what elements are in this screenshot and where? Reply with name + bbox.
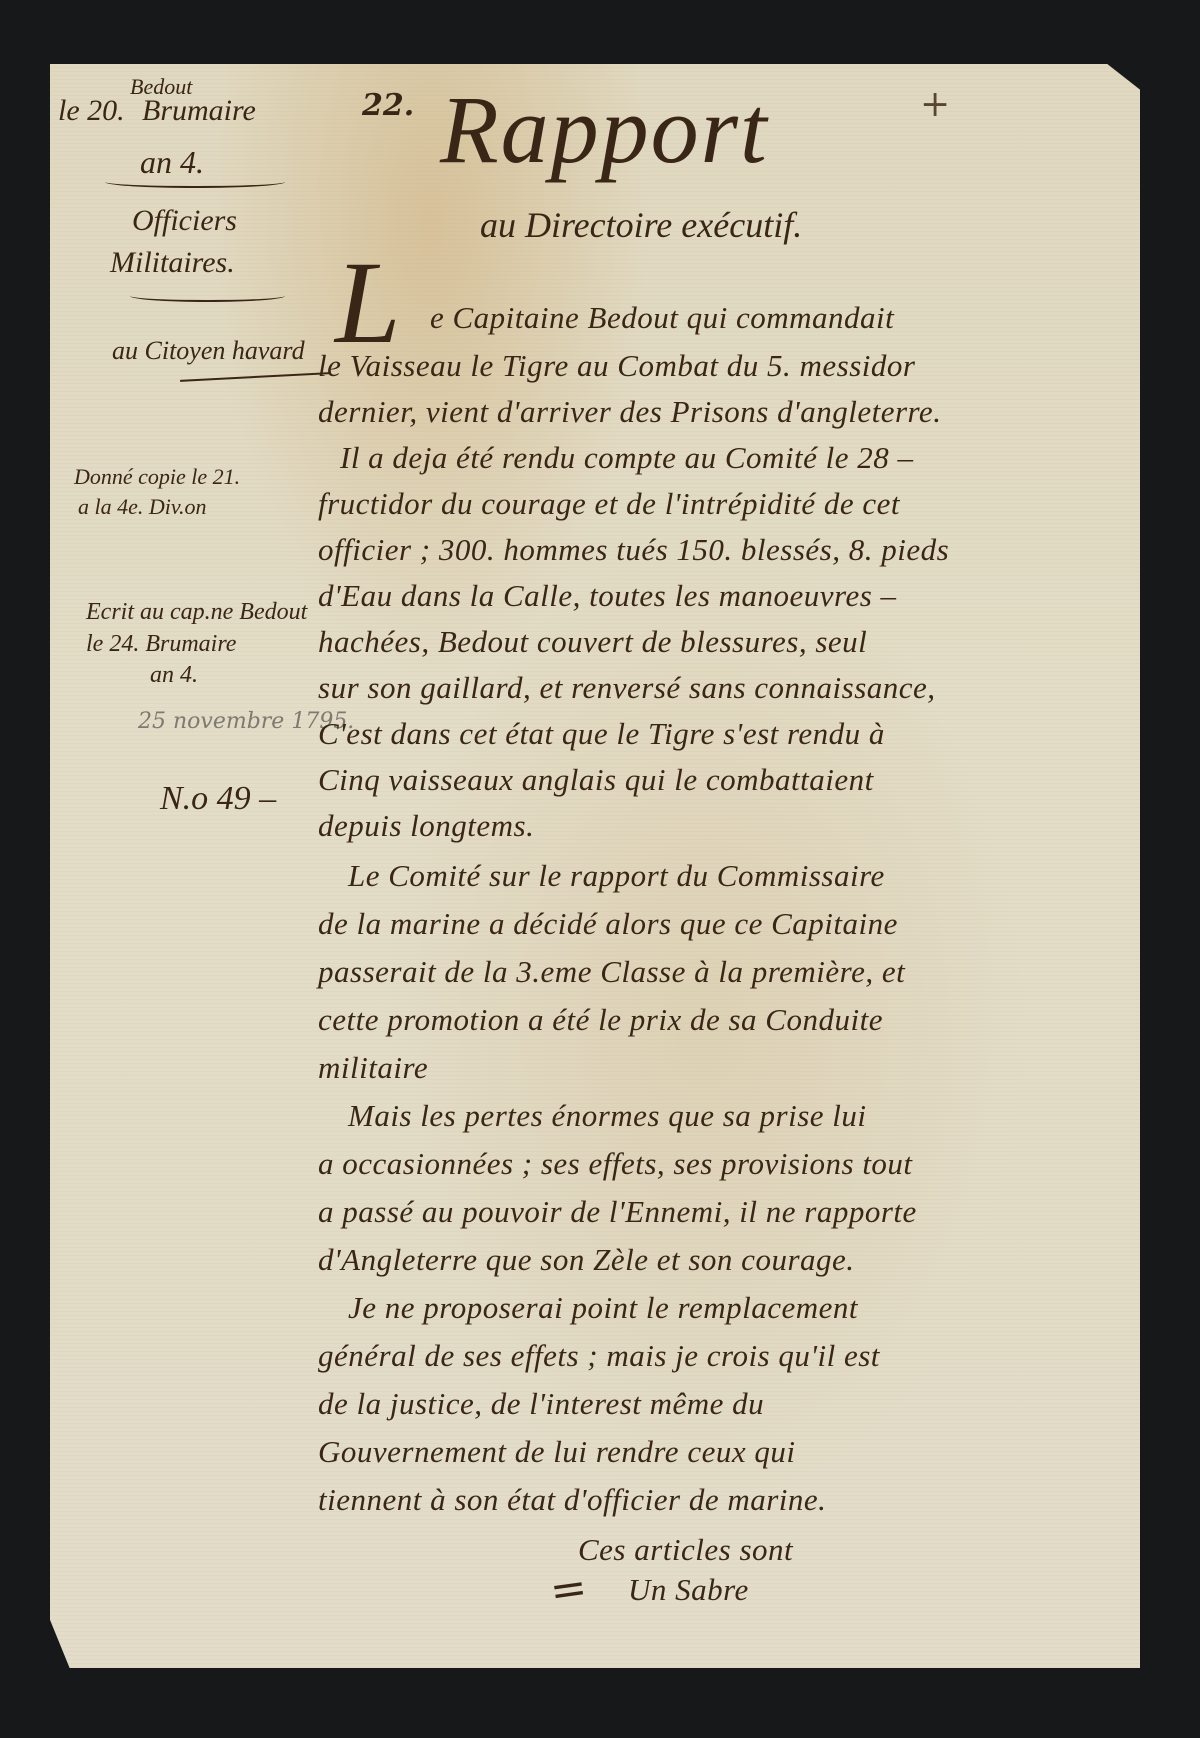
body-line: général de ses effets ; mais je crois qu… xyxy=(318,1338,880,1374)
body-line: d'Angleterre que son Zèle et son courage… xyxy=(318,1242,855,1278)
body-line: cette promotion a été le prix de sa Cond… xyxy=(318,1002,883,1038)
document-title: Rapport xyxy=(440,74,769,185)
body-line: dernier, vient d'arriver des Prisons d'a… xyxy=(318,394,941,430)
body-line: C'est dans cet état que le Tigre s'est r… xyxy=(318,716,885,752)
margin-note1-line1: Donné copie le 21. xyxy=(74,464,240,490)
body-line: tiennent à son état d'officier de marine… xyxy=(318,1482,826,1518)
body-line: Il a deja été rendu compte au Comité le … xyxy=(340,440,914,476)
body-line: Cinq vaisseaux anglais qui le combattaie… xyxy=(318,762,874,798)
margin-date-month: Brumaire xyxy=(142,94,256,128)
margin-note2-line1: Ecrit au cap.ne Bedout xyxy=(86,599,307,626)
body-line: Mais les pertes énormes que sa prise lui xyxy=(348,1098,867,1134)
list-item: Un Sabre xyxy=(628,1572,749,1608)
body-line: fructidor du courage et de l'intrépidité… xyxy=(318,486,900,522)
body-line: Gouvernement de lui rendre ceux qui xyxy=(318,1434,795,1470)
document-subtitle: au Directoire exécutif. xyxy=(480,204,802,246)
body-line: officier ; 300. hommes tués 150. blessés… xyxy=(318,532,949,568)
body-line: depuis longtems. xyxy=(318,808,534,844)
body-line: de la justice, de l'interest même du xyxy=(318,1386,764,1422)
margin-category-line2: Militaires. xyxy=(110,246,235,280)
body-line: a occasionnées ; ses effets, ses provisi… xyxy=(318,1146,913,1182)
closing-heading: Ces articles sont xyxy=(578,1532,793,1568)
margin-note2-line3: an 4. xyxy=(150,662,198,689)
body-line: le Vaisseau le Tigre au Combat du 5. mes… xyxy=(318,348,915,384)
margin-category-line1: Officiers xyxy=(132,204,237,238)
body-line: e Capitaine Bedout qui commandait xyxy=(430,300,894,336)
document-number: 22. xyxy=(362,88,414,123)
margin-addressee: au Citoyen havard xyxy=(112,336,305,366)
body-line: passerait de la 3.eme Classe à la premiè… xyxy=(318,954,905,990)
title-cross-mark: + xyxy=(920,84,950,125)
manuscript-page: Bedout le 20. Brumaire an 4. Officiers M… xyxy=(50,64,1140,1668)
list-marker: = xyxy=(547,1562,591,1618)
body-line: hachées, Bedout couvert de blessures, se… xyxy=(318,624,867,660)
margin-swash-2 xyxy=(130,290,285,302)
body-line: d'Eau dans la Calle, toutes les manoeuvr… xyxy=(318,578,897,614)
addressee-underline xyxy=(180,372,330,382)
body-line: Le Comité sur le rapport du Commissaire xyxy=(348,858,885,894)
margin-swash-1 xyxy=(105,176,285,188)
body-line: Je ne proposerai point le remplacement xyxy=(348,1290,858,1326)
body-line: a passé au pouvoir de l'Ennemi, il ne ra… xyxy=(318,1194,917,1230)
margin-note1-line2: a la 4e. Div.on xyxy=(78,494,207,520)
item-number: N.o 49 – xyxy=(160,780,276,818)
margin-date-prefix: le 20. xyxy=(58,94,125,128)
body-line: sur son gaillard, et renversé sans conna… xyxy=(318,670,936,706)
dropcap-letter: L xyxy=(335,244,401,362)
margin-note2-line2: le 24. Brumaire xyxy=(86,631,236,658)
body-line: de la marine a décidé alors que ce Capit… xyxy=(318,906,898,942)
body-line: militaire xyxy=(318,1050,428,1086)
